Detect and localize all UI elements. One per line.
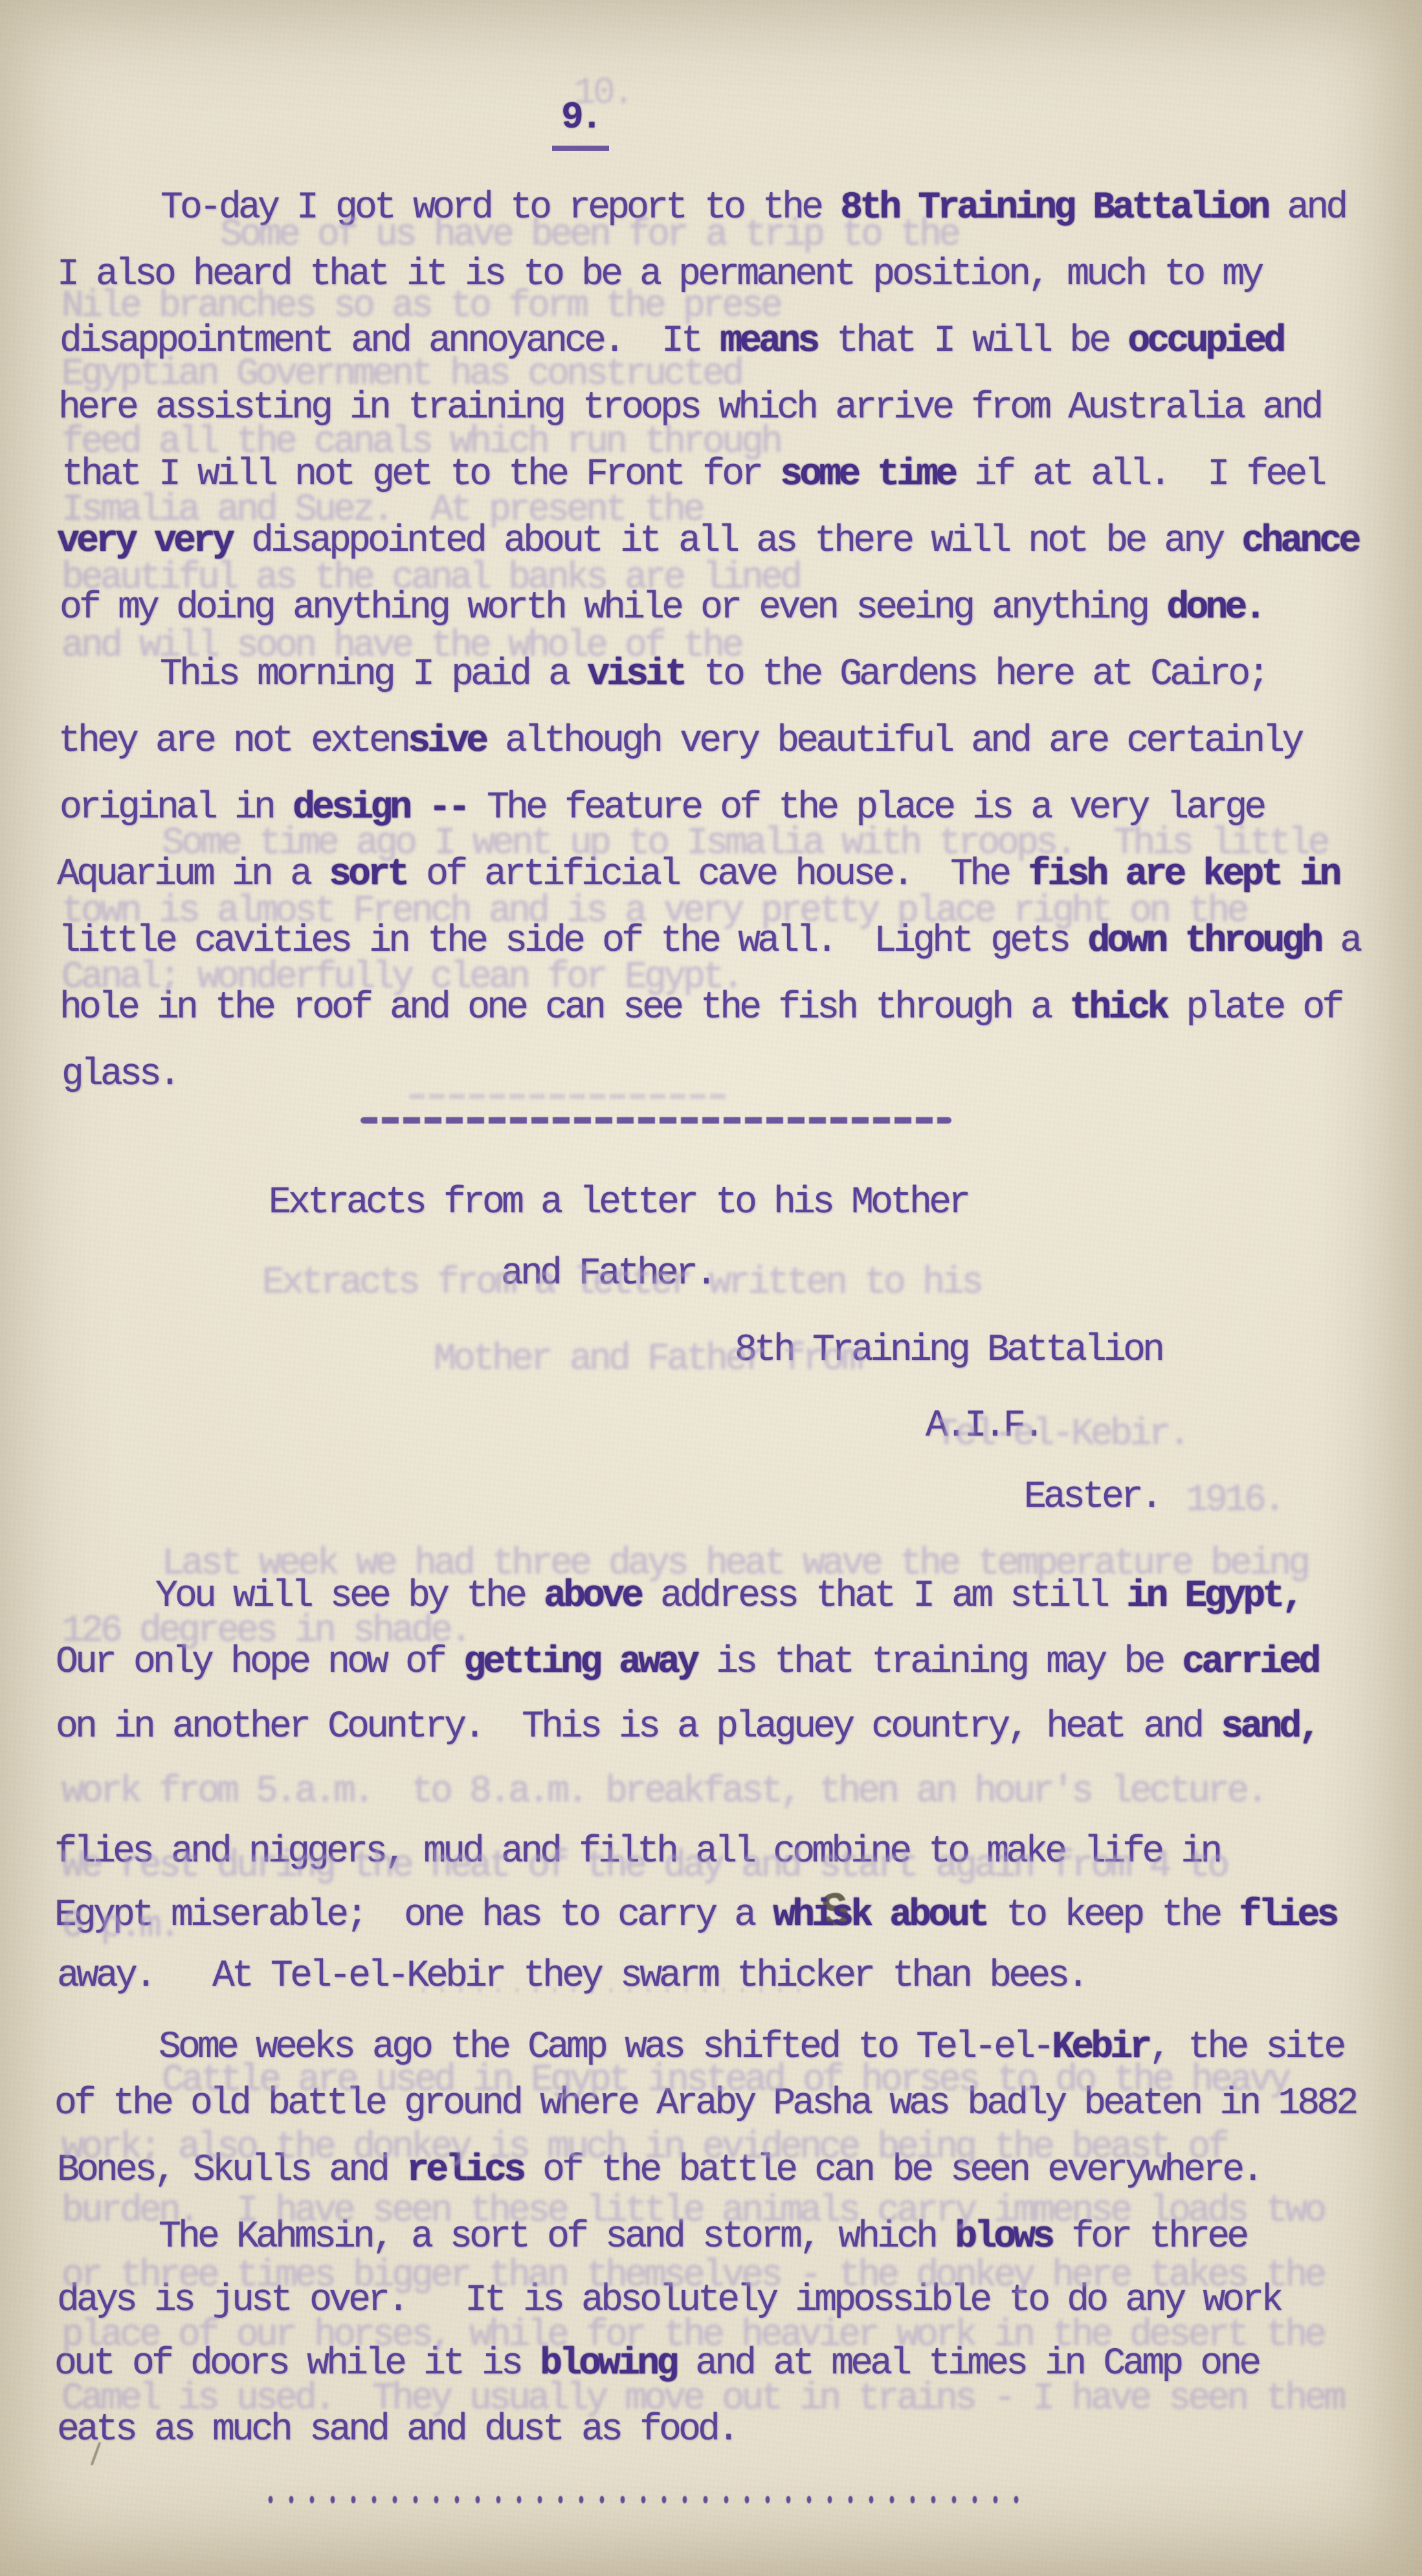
ghost-bleedthrough-line: 126 degrees in shade. <box>61 1613 469 1650</box>
ghost-bleedthrough-line: and will soon have the whole of the <box>61 628 741 665</box>
typed-text: to keep the <box>986 1894 1239 1937</box>
ghost-bleedthrough-line: 1916. <box>1186 1482 1283 1520</box>
page-number: 9. <box>552 97 609 151</box>
typed-text-bold: flies <box>1239 1894 1336 1937</box>
typed-line: Extracts from a letter to his Mother <box>269 1184 968 1222</box>
typed-text: Easter. <box>1024 1476 1160 1518</box>
typed-text: if at all. I feel <box>955 454 1324 496</box>
typed-text-bold: sive <box>408 720 485 762</box>
typed-text: on in another Country. This is a plaguey… <box>56 1706 1221 1748</box>
typed-line: they are not extensive although very bea… <box>58 723 1301 761</box>
ghost-bleedthrough-line: work from 5.a.m. to 8.a.m. breakfast, th… <box>61 1773 1265 1811</box>
ghost-divider-rule <box>409 1094 726 1099</box>
typed-text-bold: carried <box>1182 1641 1318 1683</box>
ghost-bleedthrough-line: Ismalia and Suez. At present the <box>61 492 702 529</box>
dotted-separator <box>260 2493 1032 2506</box>
typed-text-bold: whisk about <box>773 1894 986 1937</box>
ghost-bleedthrough-line: 6 p.m. <box>61 1908 178 1946</box>
ghost-bleedthrough-line: Nile branches so as to form the prese <box>61 288 780 326</box>
typed-line: glass. <box>61 1056 178 1094</box>
typed-line: Easter. <box>1024 1479 1160 1516</box>
ghost-bleedthrough-line: place of our horses, while for the heavi… <box>61 2317 1324 2355</box>
typed-text-bold: done. <box>1166 587 1263 629</box>
ghost-bleedthrough-line: Camel is used. They usually move out in … <box>61 2381 1343 2418</box>
typed-text-bold: sand, <box>1221 1706 1318 1748</box>
typed-text: Extracts from a letter to his Mother <box>269 1182 968 1224</box>
typed-text: glass. <box>61 1054 178 1096</box>
ghost-bleedthrough-line: Tel-el-Kebir. <box>935 1416 1188 1454</box>
ghost-bleedthrough-line: Egyptian Government has constructed <box>61 356 741 394</box>
typed-text: away. At Tel-el-Kebir they swarm thicker… <box>57 1955 1086 1997</box>
ghost-bleedthrough-line: or three times bigger than themselves - … <box>61 2258 1324 2295</box>
divider-rule <box>361 1117 951 1124</box>
typed-text: plate of <box>1166 987 1341 1029</box>
typed-text: a <box>1320 920 1359 962</box>
typed-text: to the Gardens here at Cairo; <box>684 654 1267 696</box>
ghost-bleedthrough-line: burden. I have seen these little animals… <box>61 2193 1324 2230</box>
ghost-bleedthrough-line: Last week we had three days heat wave th… <box>162 1546 1307 1583</box>
typed-text: that I will be <box>817 320 1128 362</box>
typed-text-bold: thick <box>1069 987 1166 1029</box>
ghost-bleedthrough-line: feed all the canals which run through <box>61 424 780 461</box>
ghost-bleedthrough-line: town is almost French and is a very pret… <box>61 893 1246 931</box>
typed-text-bold: occupied <box>1128 320 1283 362</box>
typed-text-bold: chance <box>1241 520 1358 562</box>
typed-text: they are not exten <box>58 720 408 762</box>
ghost-bleedthrough-line: Canal; wonderfully clean for Egypt. <box>61 959 741 997</box>
ghost-bleedthrough-line: Mother and Father from <box>434 1341 861 1379</box>
typed-line: away. At Tel-el-Kebir they swarm thicker… <box>57 1958 1086 1995</box>
typed-line: Egypt miserable; one has to carry a whis… <box>54 1897 1336 1935</box>
ghost-bleedthrough-line: Some time ago I went up to Ismalia with … <box>162 825 1327 863</box>
typed-text: is that training may be <box>696 1641 1182 1683</box>
ghost-bleedthrough-line: work; also the donkey is much in evidenc… <box>61 2129 1227 2167</box>
typed-text-bold: getting away <box>463 1641 696 1683</box>
ghost-bleedthrough-line: Extracts from a letter written to his <box>262 1265 981 1302</box>
typed-text-bold: some time <box>780 454 955 496</box>
typed-line: on in another Country. This is a plaguey… <box>56 1709 1318 1746</box>
ghost-bleedthrough-line: beautiful as the canal banks are lined <box>61 560 799 597</box>
typed-line: original in design -- The feature of the… <box>60 790 1263 827</box>
scanned-letter-page: 10. 9. S To-day I got word to report to … <box>0 0 1422 2576</box>
typed-text: and <box>1267 187 1345 229</box>
typed-text: although very beautiful and are certainl… <box>485 720 1301 762</box>
ghost-bleedthrough-line: Cattle are used in Egypt instead of hors… <box>162 2062 1288 2100</box>
ghost-bleedthrough-line: Some of us have been for a trip to the <box>220 217 958 254</box>
ghost-bleedthrough-line: We rest during the heat of the day and s… <box>61 1848 1227 1885</box>
